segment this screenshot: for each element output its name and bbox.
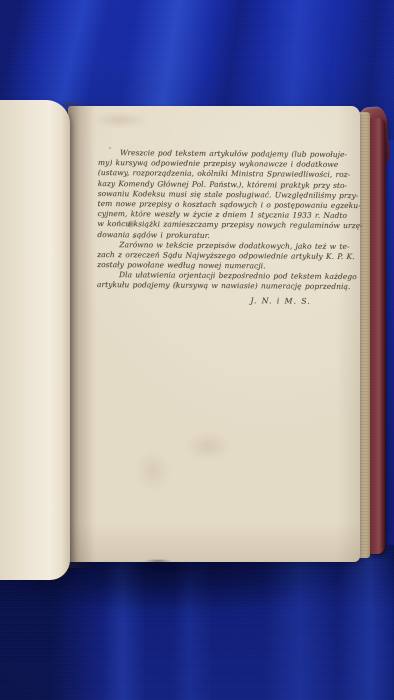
photo-scene: Wreszcie pod tekstem artykułów podajemy … <box>0 0 394 700</box>
photo-vignette <box>0 0 394 700</box>
